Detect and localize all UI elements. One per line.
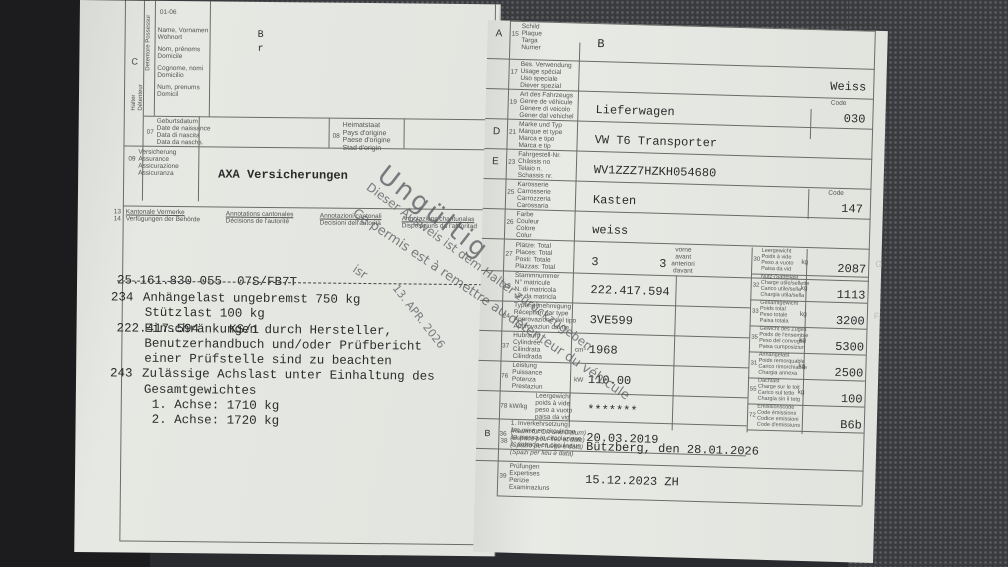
field-labels: Bes. VerwendungUsage spécialUso speciale… xyxy=(520,61,572,90)
field-label: davant xyxy=(671,267,695,275)
cantonal-labels-fr: Annotations cantonalesDécisions de l'aut… xyxy=(226,211,294,226)
weight-number: 72 xyxy=(749,412,756,419)
insurance-labels: VersicherungAssuranceAssicurazioneAssicu… xyxy=(138,149,179,177)
row-letter: D xyxy=(493,126,501,137)
row-number: 19 xyxy=(510,99,517,106)
remark-text: Stützlast 100 kg xyxy=(143,306,265,321)
seats-front: 3 xyxy=(659,257,667,271)
insurance-number: 09 xyxy=(128,156,135,163)
field-labels: Fahrgestell-Nr.Châssis noTelaio n.Schass… xyxy=(518,151,561,180)
inspections-value: 15.12.2023 ZH xyxy=(585,473,679,490)
origin-number: 08 xyxy=(333,133,340,140)
field-value: 3VE599 xyxy=(589,313,633,328)
weight-value: 3200 xyxy=(836,314,865,329)
weight-value: 2500 xyxy=(834,366,863,381)
side-letter: G xyxy=(875,259,882,269)
place-date-number: 38 xyxy=(500,438,507,445)
field-number: 76 xyxy=(501,373,508,380)
birthdate-labels: GeburtsdatumDate de naissanceData di nas… xyxy=(156,118,210,147)
weight-number: 30 xyxy=(753,257,760,264)
row-value: weiss xyxy=(592,223,628,238)
field-value: 1968 xyxy=(589,343,618,358)
remark-text: Anhängelast ungebremst 750 kg xyxy=(143,291,361,307)
row-value: Kasten xyxy=(593,193,637,208)
field-labels: Leergewichtpoids à videpeso a vuotopaisa… xyxy=(535,392,573,421)
holder-vertical-label: Halter Détenteur xyxy=(131,71,151,111)
code-label: Code xyxy=(831,100,847,107)
code-value: 147 xyxy=(841,202,863,217)
field-label: Paisa da vid xyxy=(761,266,793,273)
weight-value: 1113 xyxy=(836,288,865,303)
field-labels: LeistungPuissancePotenzaPrestaziun xyxy=(512,362,543,391)
field-labels: DachlastCharge sur le toitCarico sul tet… xyxy=(757,378,800,403)
birthdate-number: 07 xyxy=(147,129,154,136)
cantonal-numbers: 1314 xyxy=(114,208,121,222)
field-labels: FarbeCouleurColoreColur xyxy=(516,211,540,240)
remarks-block: 234Anhängelast ungebremst 750 kgStützlas… xyxy=(110,290,436,431)
field-number: 37 xyxy=(502,343,509,350)
insurance-value: AXA Versicherungen xyxy=(218,167,348,182)
field-labels: GesamtgewichtPoids totalPeso totalePaisa… xyxy=(760,300,799,325)
row-right-value: Weiss xyxy=(830,80,866,95)
remark-code: 234 xyxy=(111,290,143,306)
weight-unit: kg xyxy=(801,259,808,266)
field-label: Paisa totala xyxy=(760,318,798,325)
document-right-page: A15SchildPlaqueTargaNumerB17Bes. Verwend… xyxy=(473,20,888,563)
field-labels: PrüfungenExpertisesPerizieExaminaziuns xyxy=(509,463,550,492)
row-number: 26 xyxy=(506,219,513,226)
row-number: 21 xyxy=(509,129,516,136)
remark-code: 243 xyxy=(110,367,142,383)
field-labels: (Raum für Ort und Datum)(Espace pour lie… xyxy=(510,428,586,458)
weight-number: 31 xyxy=(750,360,757,367)
weight-value: 2087 xyxy=(837,262,866,277)
weight-number: 32 xyxy=(753,282,760,289)
row-letter: E xyxy=(492,156,499,167)
weight-value: B6b xyxy=(840,418,862,433)
remark-text: Einschränkungen durch Hersteller, xyxy=(142,321,392,338)
remark-text: einer Prüfstelle sind zu beachten xyxy=(142,352,392,369)
remark-text: Benutzerhandbuch und/oder Prüfbericht xyxy=(142,337,422,354)
weight-unit: kg xyxy=(798,363,805,370)
row-number: 25 xyxy=(507,189,514,196)
remark-line: 2. Achse: 1720 kg xyxy=(110,413,435,432)
field-labels: EmissionscodeCode émissionsCodice emissi… xyxy=(757,404,801,429)
field-unit: kW xyxy=(574,377,584,384)
field-labels: Art des FahrzeugsGenre de véhiculeGenere… xyxy=(519,91,574,121)
cantonal-labels-de: Kantonale VermerkeVerfügungen der Behörd… xyxy=(126,208,201,223)
field-label: Colur xyxy=(516,232,539,240)
remark-text: 2. Achse: 1720 kg xyxy=(142,413,280,428)
holder-vertical-label-2: Detentore Possessur xyxy=(145,11,156,71)
remark-text: Zulässige Achslast unter Einhaltung des xyxy=(142,367,435,384)
row-letter: A xyxy=(495,28,502,39)
side-letter: F xyxy=(874,311,880,321)
name-labels: Name, VornamenWohnort Nom, prénomsDomici… xyxy=(157,27,208,99)
field-labels: LeergewichtPoids à videPeso a vuotoPaisa… xyxy=(761,248,794,273)
field-label: Paisa cumposiziun xyxy=(759,344,808,351)
holder-name-partial: B xyxy=(258,30,264,41)
row-value: Lieferwagen xyxy=(595,103,675,119)
field-label: Plazzas: Total xyxy=(515,263,555,271)
field-labels: vorneavantanterioridavant xyxy=(671,246,695,275)
field-label: Examinaziuns xyxy=(509,484,550,492)
code-value: 030 xyxy=(844,112,866,127)
row-value: WV1ZZZ7HZKH054680 xyxy=(594,163,717,180)
field-labels: SchildPlaqueTargaNumer xyxy=(521,23,542,52)
seats-total: 3 xyxy=(591,255,599,269)
origin-labels: HeimatstaatPays d'originePaese d'origine… xyxy=(342,122,390,153)
weight-value: 100 xyxy=(841,392,863,407)
weight-value: 5300 xyxy=(835,340,864,355)
field-labels: KarosserieCarrosserieCarrozzeriaCarossar… xyxy=(517,181,551,210)
weight-number: 33 xyxy=(752,308,759,315)
remark-text: Gesamtgewichtes xyxy=(142,382,257,397)
place-date-value: Bützberg, den 28.01.2026 xyxy=(586,440,759,459)
field-label: Prestaziun xyxy=(512,383,543,391)
field-label: Chargia sin il tetg xyxy=(757,396,800,403)
holder-address-partial: r xyxy=(257,44,263,55)
weight-number: 35 xyxy=(751,334,758,341)
field-label: Cilindrada xyxy=(513,353,542,361)
weight-unit: kg xyxy=(800,311,807,318)
remark-text: 1. Achse: 1710 kg xyxy=(142,398,280,413)
section-letter-c: C xyxy=(131,59,138,66)
row-number: 17 xyxy=(510,69,517,76)
field-labels: Marke und TypMarque et typeMarca e tipoM… xyxy=(518,121,562,150)
document-left-page: C Halter Détenteur Detentore Possessur 0… xyxy=(74,0,501,556)
row-number: 23 xyxy=(508,159,515,166)
field-value: 222.417.594 xyxy=(590,283,670,299)
row-value: VW T6 Transporter xyxy=(594,133,717,150)
row-value: B xyxy=(597,37,605,51)
inspections-number: 39 xyxy=(499,472,506,479)
section-code: 01-06 xyxy=(160,9,177,16)
field-label: Numer xyxy=(521,44,541,52)
field-labels: Plätze: TotalPlaces: TotalPosti: TotaleP… xyxy=(515,242,556,271)
row-number: 15 xyxy=(512,31,519,38)
field-value: ******* xyxy=(587,403,638,418)
weight-number: 55 xyxy=(750,386,757,393)
field-label: Chargia utila/sella xyxy=(760,292,809,299)
code-label: Code xyxy=(828,190,844,197)
weight-unit: kg xyxy=(799,337,806,344)
seats-number: 27 xyxy=(505,251,512,258)
field-number: 78 kW/kg xyxy=(500,402,527,410)
field-label: Code d'emissiuns xyxy=(757,422,800,429)
weight-unit: kg xyxy=(801,285,808,292)
weight-unit: kg xyxy=(798,389,805,396)
weight-row: 72EmissionscodeCode émissionsCodice emis… xyxy=(747,403,865,433)
